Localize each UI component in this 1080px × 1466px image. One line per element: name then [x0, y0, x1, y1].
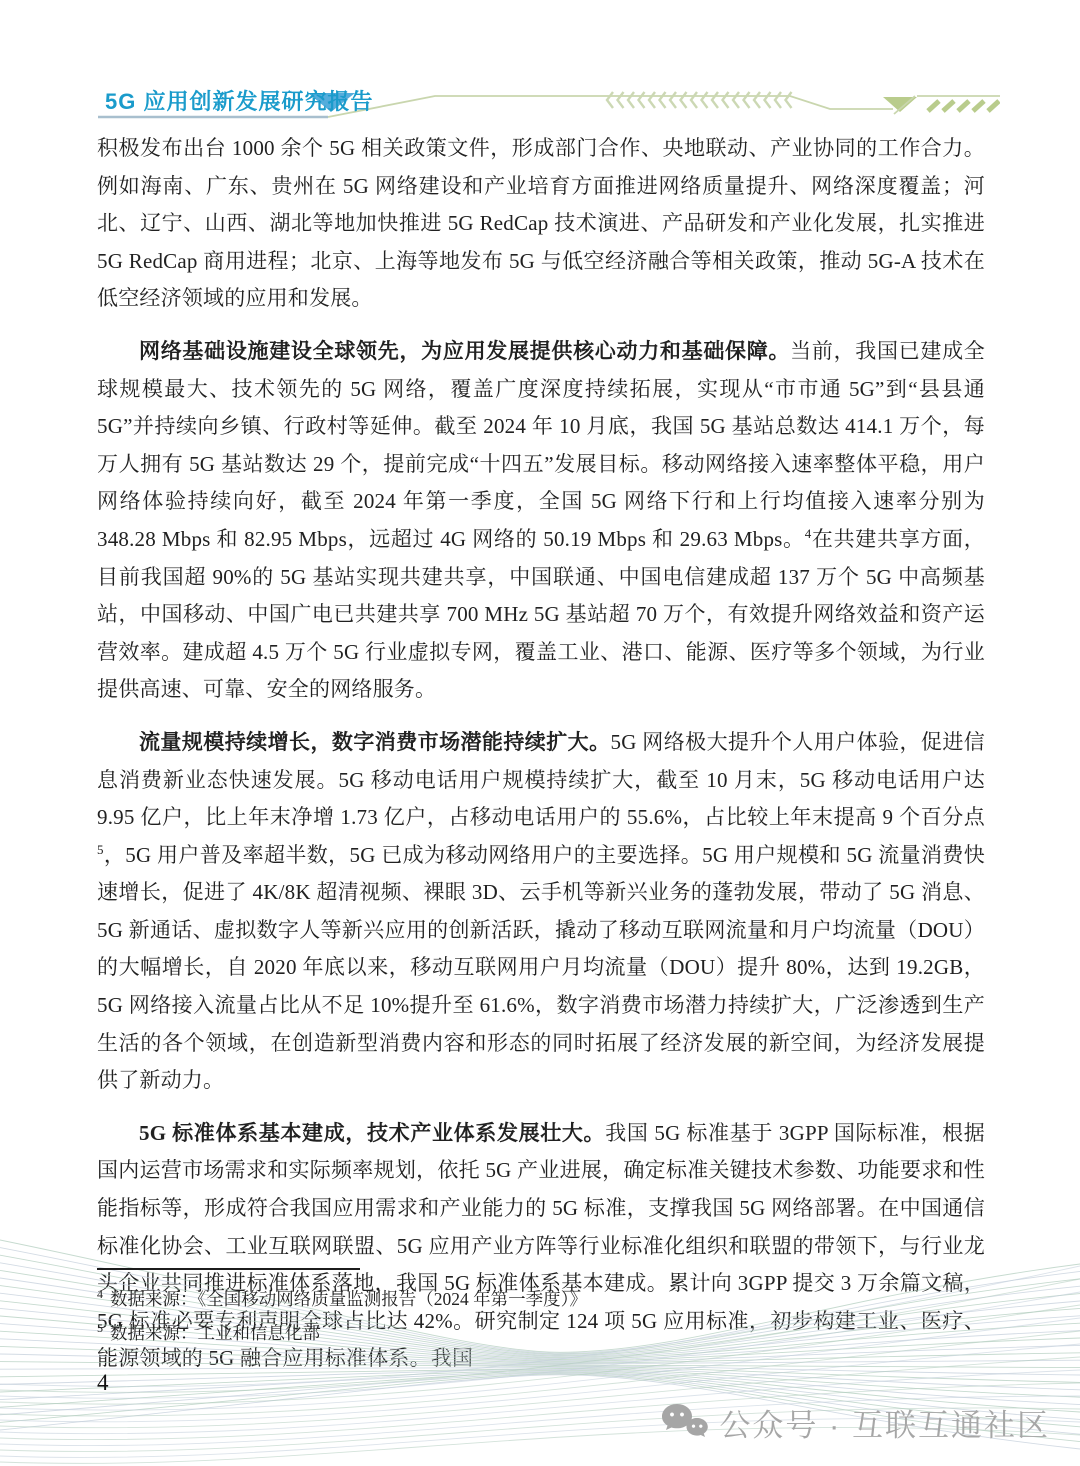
body-paragraphs: 积极发布出台 1000 余个 5G 相关政策文件，形成部门合作、央地联动、产业协… [97, 130, 985, 1393]
report-page: 5G 应用创新发展研究报告 积极发布出台 1000 余个 5G 相关政策文件，形… [0, 0, 1080, 1466]
wechat-icon [661, 1402, 709, 1444]
paragraph: 网络基础设施建设全球领先，为应用发展提供核心动力和基础保障。当前，我国已建成全球… [97, 333, 985, 709]
watermark-text: 公众号 · 互联互通社区 [719, 1400, 1050, 1445]
watermark: 公众号 · 互联互通社区 [661, 1400, 1050, 1445]
report-title: 5G 应用创新发展研究报告 [105, 85, 373, 116]
footnote-separator [97, 1268, 360, 1270]
footnote-item: 5数据来源：工业和信息化部 [97, 1314, 985, 1348]
footnote-item: 4数据来源：《全国移动网络质量监测报告（2024 年第一季度）》 [97, 1280, 985, 1314]
footnote-list: 4数据来源：《全国移动网络质量监测报告（2024 年第一季度）》5数据来源：工业… [97, 1280, 985, 1348]
paragraph: 流量规模持续增长，数字消费市场潜能持续扩大。5G 网络极大提升个人用户体验，促进… [97, 724, 985, 1100]
page-number: 4 [97, 1370, 109, 1396]
paragraph: 积极发布出台 1000 余个 5G 相关政策文件，形成部门合作、央地联动、产业协… [97, 130, 985, 318]
page-header: 5G 应用创新发展研究报告 [0, 0, 1080, 130]
footnote-block: 4数据来源：《全国移动网络质量监测报告（2024 年第一季度）》5数据来源：工业… [97, 1268, 985, 1348]
